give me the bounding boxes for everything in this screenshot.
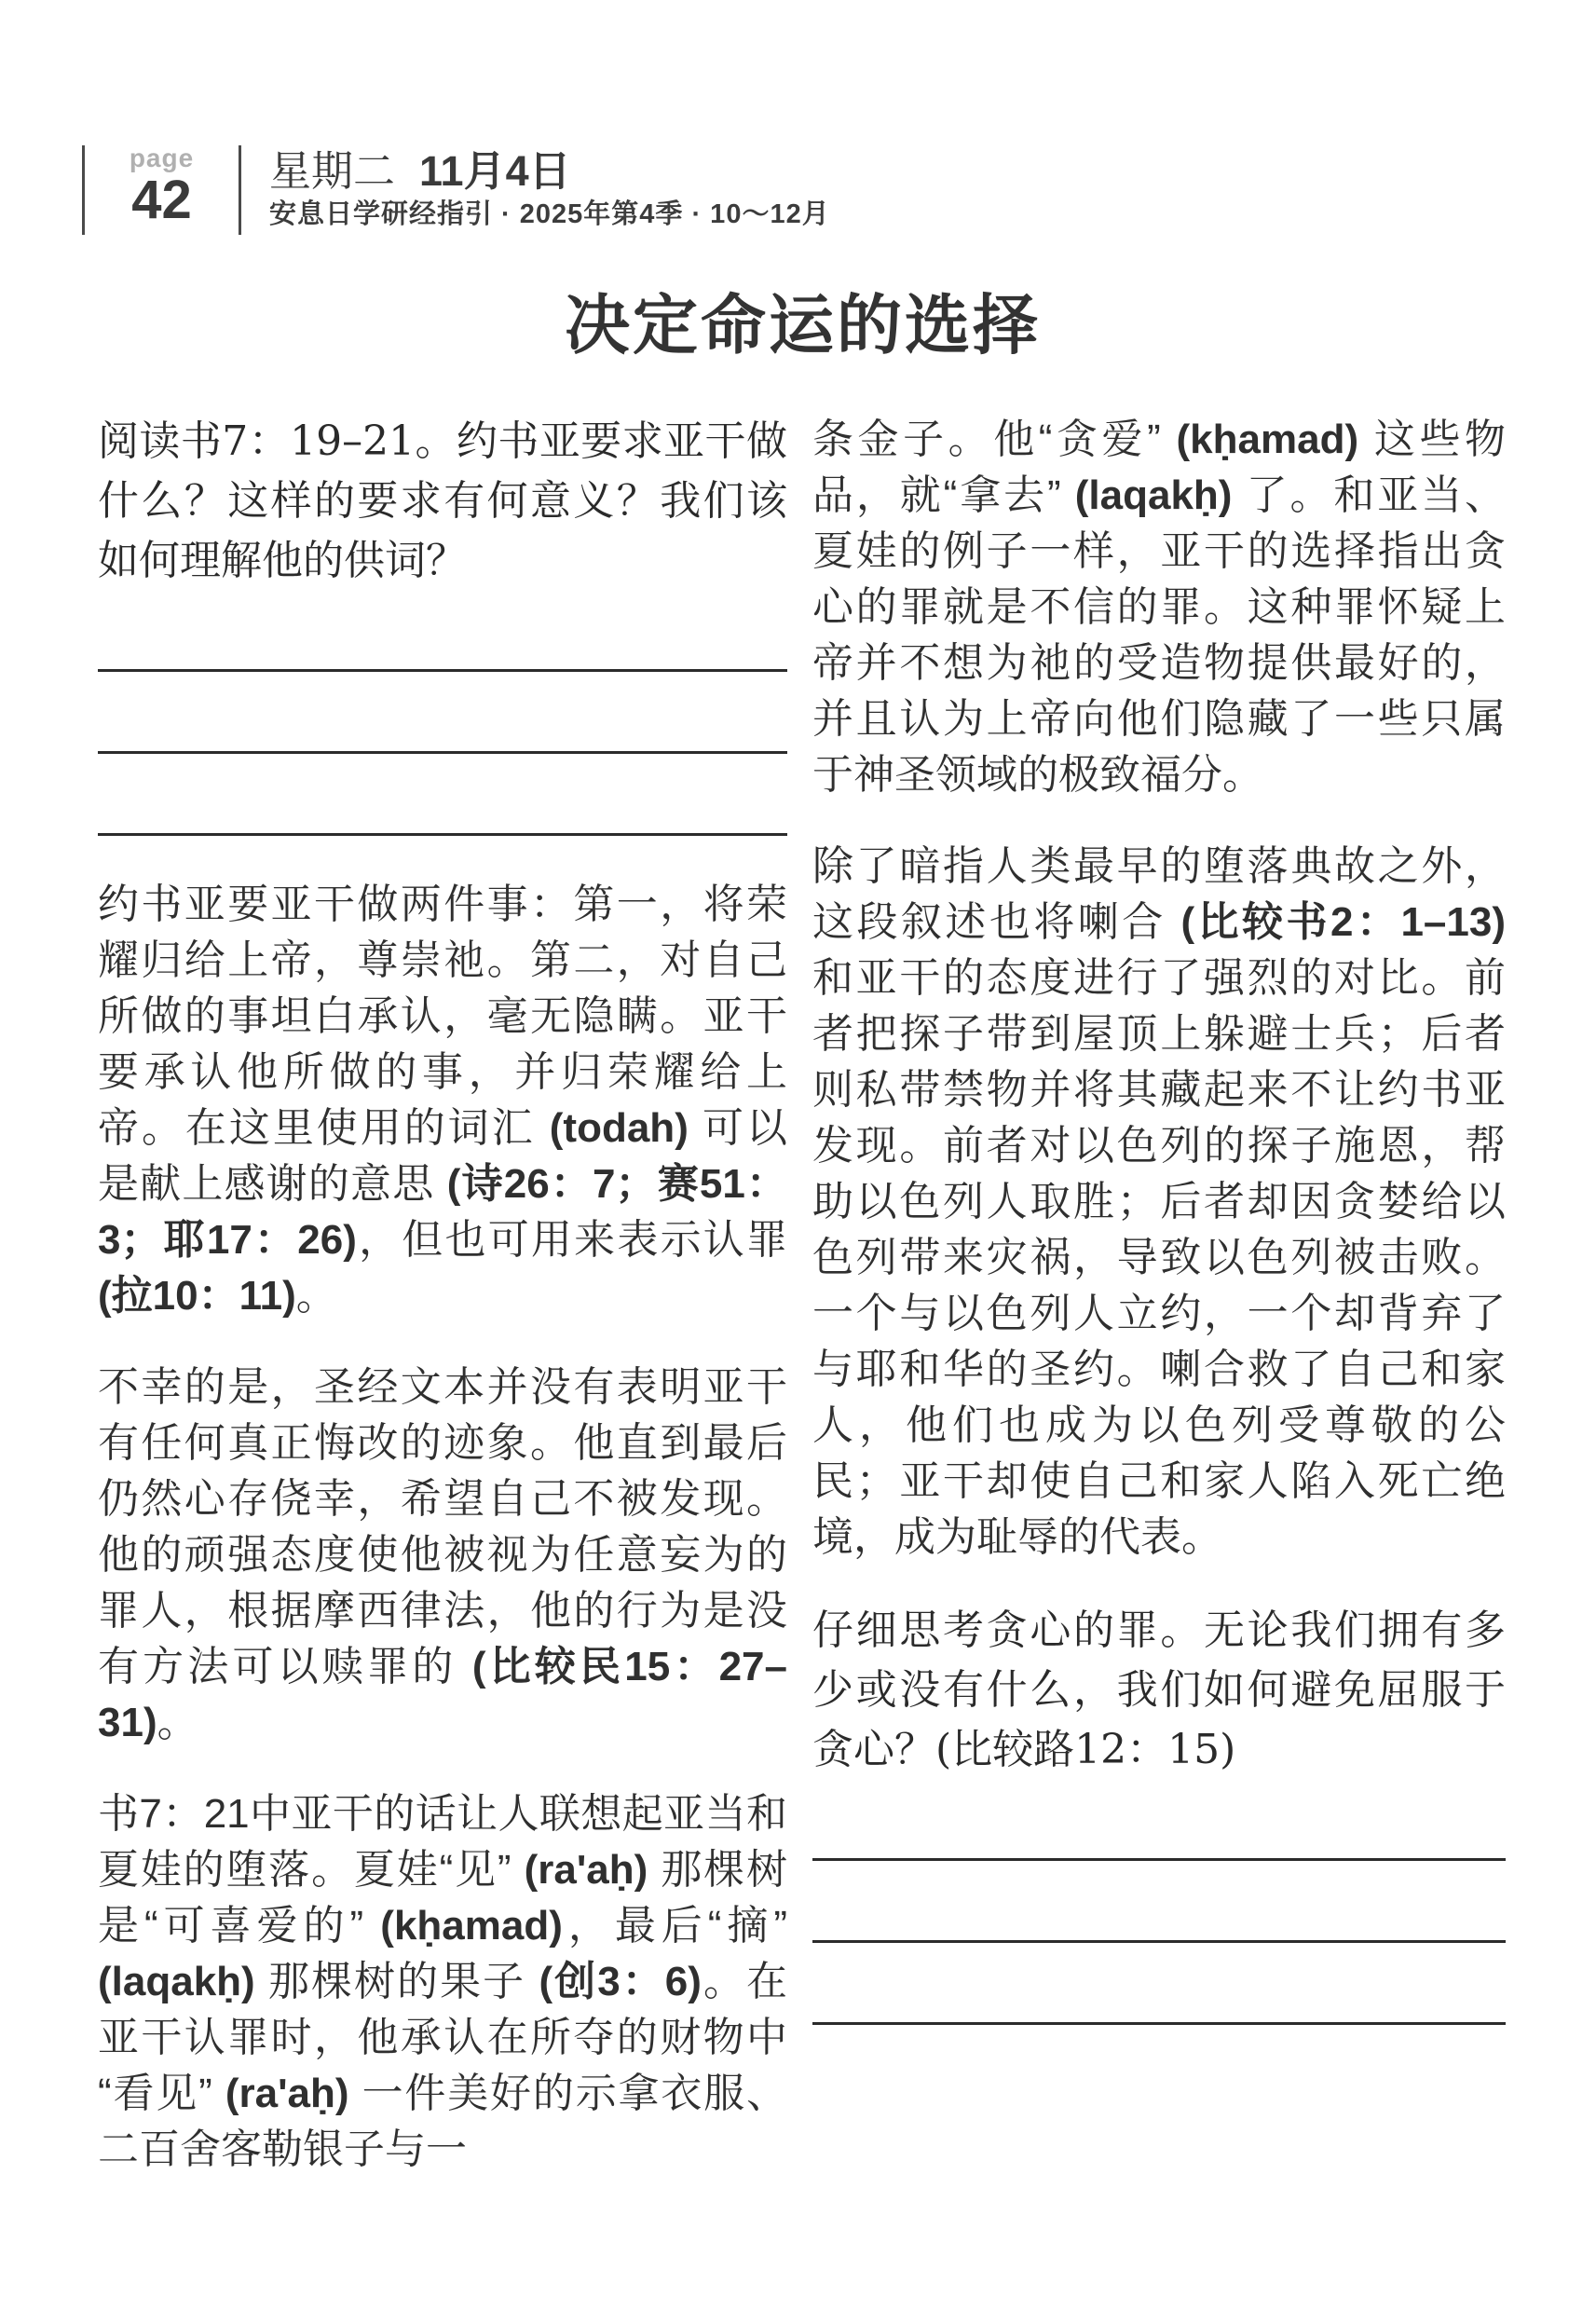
answer-line <box>98 604 787 672</box>
paragraph-segment: (kḥamad) <box>380 1903 563 1949</box>
answer-line <box>812 1793 1506 1861</box>
page-number-block: page 42 <box>85 145 239 235</box>
left-column: 阅读书7：19–21。约书亚要求亚干做什么？这样的要求有何意义？我们该如何理解他… <box>98 412 787 2213</box>
paragraph-segment: 仔细思考贪心的罪。无论我们拥有多少或没有什么，我们如何避免屈服于贪心？(比较路1… <box>812 1607 1506 1773</box>
guide-subtitle: 安息日学研经指引 · 2025年第4季 · 10～12月 <box>269 196 830 233</box>
date: 11月4日 <box>419 147 571 195</box>
paragraph-segment: 了。和亚当、夏娃的例子一样，亚干的选择指出贪心的罪就是不信的罪。这种罪怀疑上帝并… <box>812 472 1506 798</box>
answer-line <box>98 754 787 836</box>
paragraph-segment: ，最后“摘” <box>563 1903 787 1949</box>
paragraph-segment: (laqakḥ) <box>98 1959 255 2004</box>
page: page 42 星期二11月4日 安息日学研经指引 · 2025年第4季 · 1… <box>0 0 1596 2311</box>
paragraph-segment: 和亚干的态度进行了强烈的对比。前者把探子带到屋顶上躲避士兵；后者则私带禁物并将其… <box>812 955 1506 1560</box>
body-paragraph: 除了暗指人类最早的堕落典故之外，这段叙述也将喇合 (比较书2：1–13) 和亚干… <box>812 839 1506 1566</box>
right-column: 条金子。他“贪爱” (kḥamad) 这些物品，就“拿去” (laqakḥ) 了… <box>812 412 1506 2066</box>
day-row: 星期二11月4日 <box>269 147 830 196</box>
question-paragraph: 阅读书7：19–21。约书亚要求亚干做什么？这样的要求有何意义？我们该如何理解他… <box>98 412 787 591</box>
paragraph-segment: (laqakḥ) <box>1075 472 1233 518</box>
header-info: 星期二11月4日 安息日学研经指引 · 2025年第4季 · 10～12月 <box>241 145 830 235</box>
paragraph-segment: (ra'aḥ) <box>225 2071 349 2116</box>
paragraph-segment: 。 <box>157 1700 198 1745</box>
lesson-title: 决定命运的选择 <box>98 284 1507 370</box>
question-paragraph: 仔细思考贪心的罪。无论我们拥有多少或没有什么，我们如何避免屈服于贪心？(比较路1… <box>812 1601 1506 1780</box>
body-paragraph: 约书亚要亚干做两件事：第一，将荣耀归给上帝，尊崇祂。第二，对自己所做的事坦白承认… <box>98 877 787 1324</box>
paragraph-segment: 阅读书7：19–21。约书亚要求亚干做什么？这样的要求有何意义？我们该如何理解他… <box>98 417 787 584</box>
paragraph-segment: (比较书2：1–13) <box>1180 899 1506 945</box>
paragraph-segment: (创3：6) <box>539 1959 702 2004</box>
body-paragraph: 条金子。他“贪爱” (kḥamad) 这些物品，就“拿去” (laqakḥ) 了… <box>812 412 1506 803</box>
paragraph-segment: ，但也可用来表示认罪 <box>357 1217 787 1263</box>
page-header: page 42 星期二11月4日 安息日学研经指引 · 2025年第4季 · 1… <box>82 145 830 235</box>
answer-line <box>812 1861 1506 1943</box>
paragraph-segment: (kḥamad) <box>1177 417 1359 462</box>
paragraph-segment: (拉10：11) <box>98 1273 296 1319</box>
page-number: 42 <box>85 171 239 229</box>
paragraph-segment: 。 <box>296 1273 337 1319</box>
body-paragraph: 不幸的是，圣经文本并没有表明亚干有任何真正悔改的迹象。他直到最后仍然心存侥幸，希… <box>98 1360 787 1751</box>
paragraph-segment: 那棵树的果子 <box>255 1959 539 2004</box>
paragraph-segment: (ra'aḥ) <box>525 1847 648 1893</box>
answer-line <box>812 1943 1506 2025</box>
paragraph-segment: 不幸的是，圣经文本并没有表明亚干有任何真正悔改的迹象。他直到最后仍然心存侥幸，希… <box>98 1364 787 1689</box>
answer-lines <box>812 1793 1506 2025</box>
answer-line <box>98 672 787 754</box>
paragraph-segment: (todah) <box>550 1105 689 1151</box>
weekday: 星期二 <box>269 147 395 195</box>
paragraph-segment: 条金子。他“贪爱” <box>812 417 1177 462</box>
answer-lines <box>98 604 787 836</box>
body-paragraph: 书7：21中亚干的话让人联想起亚当和夏娃的堕落。夏娃“见” (ra'aḥ) 那棵… <box>98 1786 787 2178</box>
page-label: page <box>85 145 239 171</box>
